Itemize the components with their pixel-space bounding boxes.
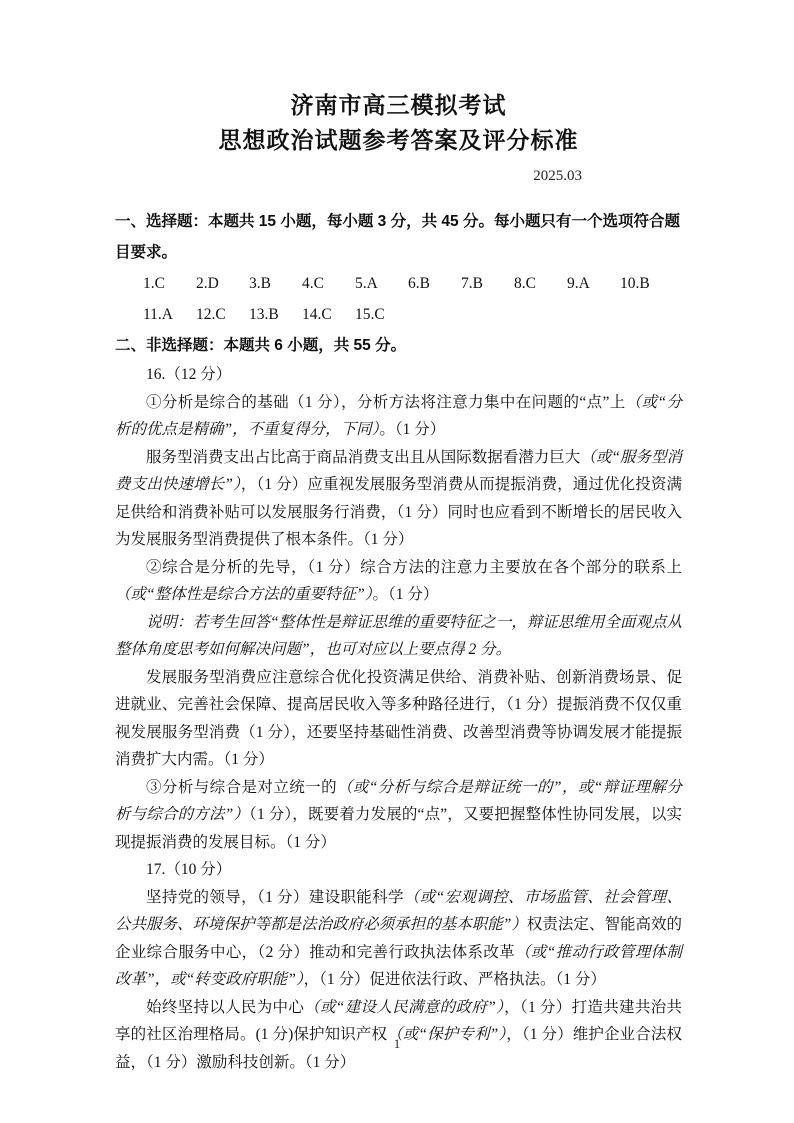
answer-text: 发展服务型消费应注意综合优化投资满足供给、消费补贴、创新消费场景、促进就业、完善… [115,669,682,769]
q17-paragraph-2: 始终坚持以人民为中心（或“建设人民满意的政府”），（1 分）打造共建共治共享的社… [115,994,682,1077]
answer-text: 。（1 分） [373,586,439,603]
answer-text: ①分析是综合的基础（1 分），分析方法将注意力集中在问题的“点”上 [146,394,626,411]
alternate-answer-text: 说明：若考生回答“整体性是辩证思维的重要特征之一，辩证思维用全面观点从整体角度思… [115,614,682,659]
mc-answer: 5.A [355,268,408,299]
mc-answer: 6.B [408,268,461,299]
q16-paragraph-1: ①分析是综合的基础（1 分），分析方法将注意力集中在问题的“点”上（或“分析的优… [115,389,682,444]
doc-title-line1: 济南市高三模拟考试 [115,88,682,123]
answer-text: 始终坚持以人民为中心 [146,999,304,1016]
document-body: 一、选择题：本题共 15 小题，每小题 3 分，共 45 分。每小题只有一个选项… [115,206,682,1076]
alternate-answer-text: （或“建设人民满意的政府”） [304,999,504,1016]
answer-text: ②综合是分析的先导，（1 分）综合方法的注意力主要放在各个部分的联系上 [146,559,682,576]
question-17-number: 17.（10 分） [115,856,682,884]
document-header: 济南市高三模拟考试 思想政治试题参考答案及评分标准 2025.03 [115,88,682,186]
section1-heading: 一、选择题：本题共 15 小题，每小题 3 分，共 45 分。每小题只有一个选项… [115,206,682,268]
answer-text: 服务型消费支出占比高于商品消费支出且从国际数据看潜力巨大 [146,449,580,466]
page-number: 1 [0,1036,794,1052]
q16-paragraph-3: ②综合是分析的先导，（1 分）综合方法的注意力主要放在各个部分的联系上（或“整体… [115,554,682,609]
q16-paragraph-2: 服务型消费支出占比高于商品消费支出且从国际数据看潜力巨大（或“服务型消费支出快速… [115,444,682,554]
mc-answer: 14.C [302,299,355,330]
mc-answer: 2.D [196,268,249,299]
mc-answer: 8.C [514,268,567,299]
mc-answer: 3.B [249,268,302,299]
q16-paragraph-6: ③分析与综合是对立统一的（或“分析与综合是辩证统一的”，或“辩证理解分析与综合的… [115,774,682,857]
doc-title-line2: 思想政治试题参考答案及评分标准 [115,123,682,158]
answer-text: 坚持党的领导，（1 分）建设职能科学 [146,889,404,906]
mc-answer: 13.B [249,299,302,330]
mc-answer: 11.A [143,299,196,330]
mc-answer: 1.C [143,268,196,299]
mc-answer: 4.C [302,268,355,299]
answer-text: ，（1 分）促进依法行政、严格执法。（1 分） [304,971,606,988]
q17-paragraph-1: 坚持党的领导，（1 分）建设职能科学（或“宏观调控、市场监管、社会管理、公共服务… [115,884,682,994]
section2-heading: 二、非选择题：本题共 6 小题，共 55 分。 [115,330,682,361]
mc-answers-row-2: 11.A12.C13.B14.C15.C [115,299,682,330]
mc-answer: 7.B [461,268,514,299]
mc-answer: 9.A [567,268,620,299]
mc-answers-row-1: 1.C2.D3.B4.C5.A6.B7.B8.C9.A10.B [115,268,682,299]
q16-paragraph-5: 发展服务型消费应注意综合优化投资满足供给、消费补贴、创新消费场景、促进就业、完善… [115,664,682,774]
mc-answer: 12.C [196,299,249,330]
answer-text: 。（1 分） [379,421,445,438]
question-16-number: 16.（12 分） [115,361,682,389]
mc-answer: 10.B [620,268,673,299]
doc-date: 2025.03 [115,166,682,186]
q16-grading-note: 说明：若考生回答“整体性是辩证思维的重要特征之一，辩证思维用全面观点从整体角度思… [115,609,682,664]
answer-text: ③分析与综合是对立统一的 [146,779,337,796]
mc-answer: 15.C [355,299,408,330]
alternate-answer-text: （或“整体性是综合方法的重要特征”） [115,586,373,603]
document-page: 济南市高三模拟考试 思想政治试题参考答案及评分标准 2025.03 一、选择题：… [0,0,794,1123]
